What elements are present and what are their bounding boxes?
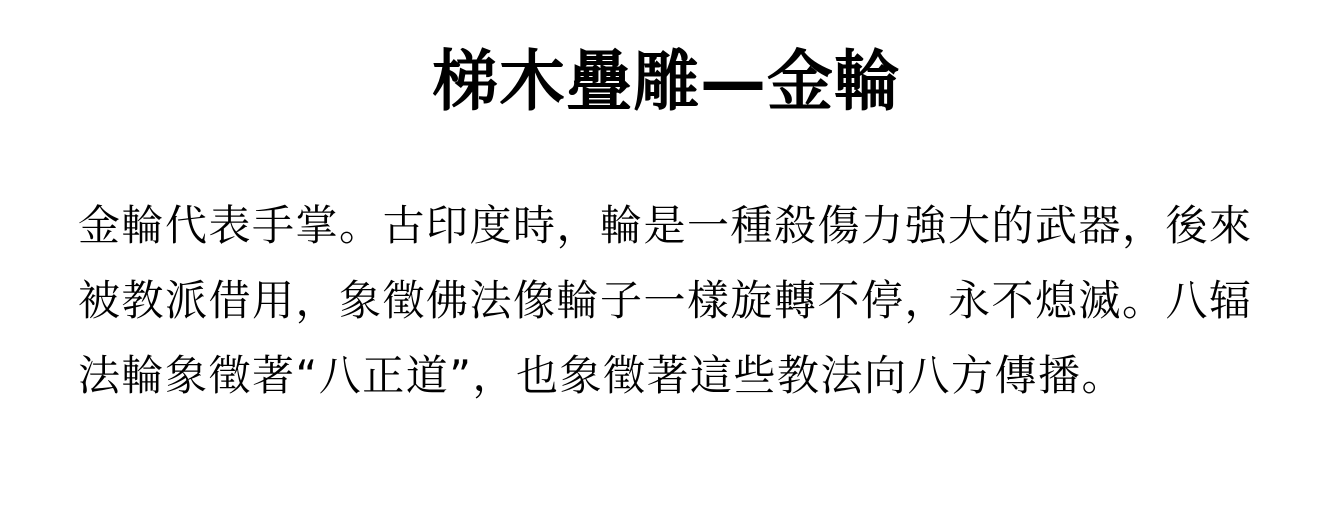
- page-title: 梯木疊雕—金輪: [0, 42, 1333, 122]
- document-page: 梯木疊雕—金輪 金輪代表手掌。古印度時，輪是一種殺傷力強大的武器，後來 被教派借…: [0, 0, 1333, 523]
- paragraph-line-2: 被教派借用，象徵佛法像輪子一樣旋轉不停，永不熄滅。八辐: [78, 263, 1255, 338]
- body-paragraph: 金輪代表手掌。古印度時，輪是一種殺傷力強大的武器，後來 被教派借用，象徵佛法像輪…: [78, 188, 1255, 413]
- paragraph-line-1: 金輪代表手掌。古印度時，輪是一種殺傷力強大的武器，後來: [78, 188, 1255, 263]
- paragraph-line-3: 法輪象徵著“八正道”，也象徵著這些教法向八方傳播。: [78, 338, 1255, 413]
